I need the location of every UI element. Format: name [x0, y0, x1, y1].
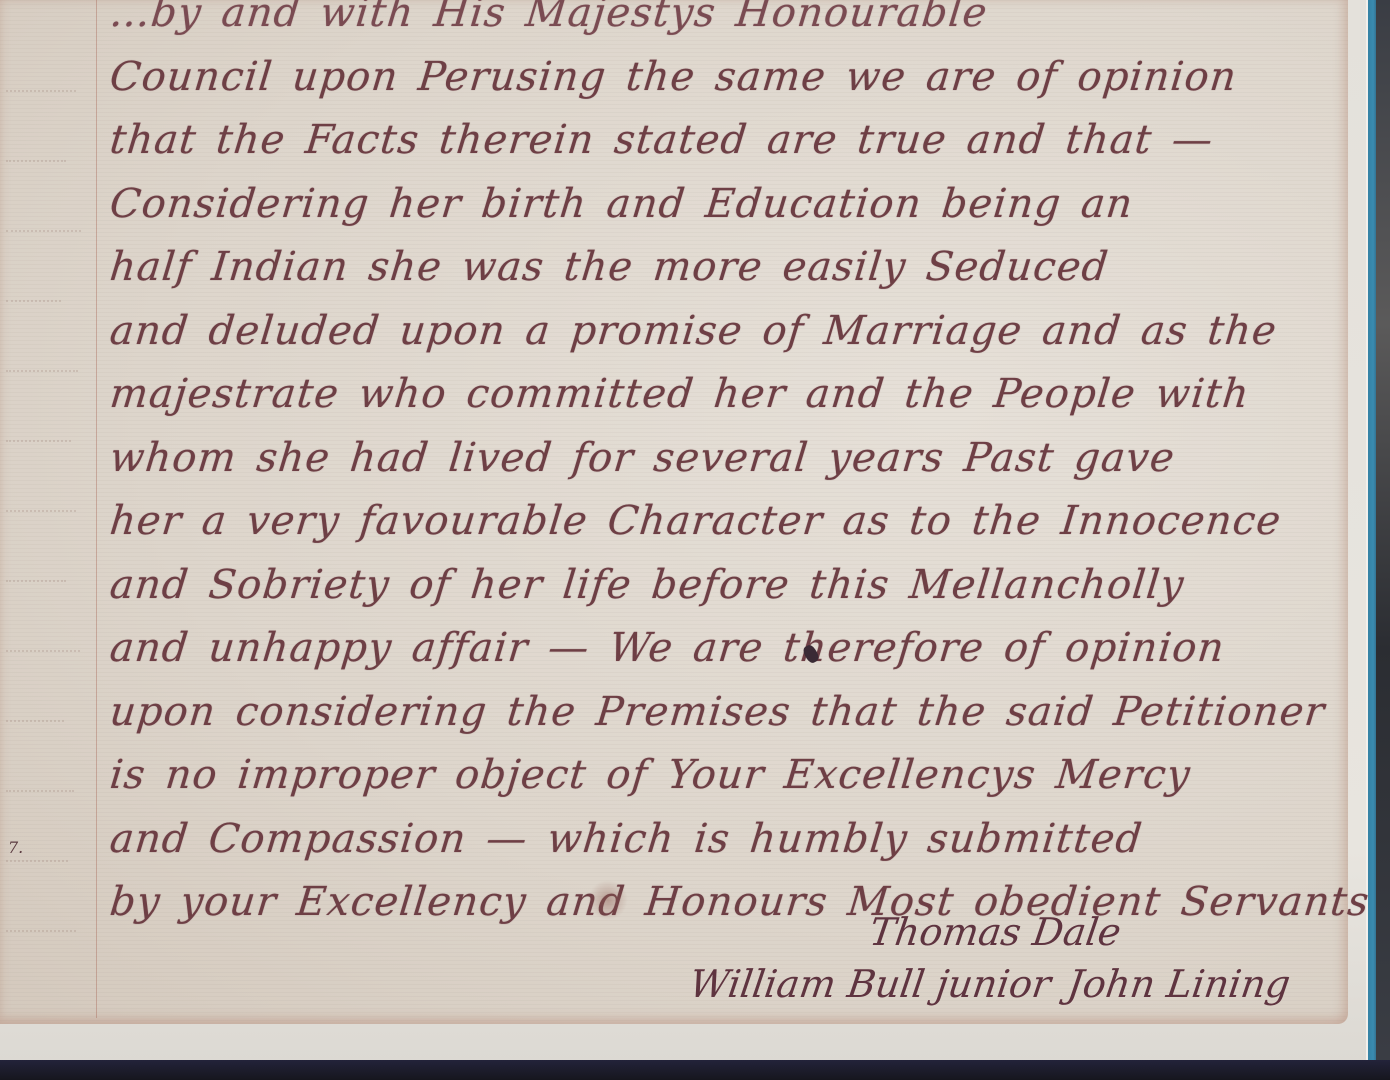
signature-block: Thomas Dale William Bull junior John Lin… — [690, 906, 1330, 1010]
bleed-line — [6, 860, 68, 874]
text-line: …by and with His Majestys Honourable — [107, 0, 1344, 46]
bleed-line — [6, 650, 80, 664]
text-line: upon considering the Premises that the s… — [107, 681, 1344, 745]
bleed-line — [6, 300, 61, 314]
signature-john-lining: John Lining — [1065, 958, 1294, 1010]
text-line: that the Facts therein stated are true a… — [107, 109, 1344, 173]
bleed-line — [6, 160, 66, 174]
text-line: and Sobriety of her life before this Mel… — [107, 554, 1344, 618]
manuscript-page: 7. …by and with His Majestys Honourable … — [0, 0, 1348, 1024]
bleed-line — [6, 930, 76, 944]
bleed-line — [6, 580, 66, 594]
text-line: and unhappy affair — We are therefore of… — [107, 617, 1344, 681]
background-shadow — [1376, 0, 1390, 1080]
bleed-line — [6, 370, 78, 384]
text-line: and deluded upon a promise of Marriage a… — [107, 300, 1344, 364]
bleed-line — [6, 440, 71, 454]
text-line: whom she had lived for several years Pas… — [107, 427, 1344, 491]
signature-william-bull: William Bull junior — [686, 958, 1054, 1010]
text-line: is no improper object of Your Excellency… — [107, 744, 1344, 808]
table-edge — [0, 1060, 1390, 1080]
text-line: majestrate who committed her and the Peo… — [107, 363, 1344, 427]
text-line: her a very favourable Character as to th… — [107, 490, 1344, 554]
text-line: Considering her birth and Education bein… — [107, 173, 1344, 237]
bleed-line — [6, 90, 76, 104]
text-line: Council upon Perusing the same we are of… — [107, 46, 1344, 110]
bleed-line — [6, 230, 81, 244]
manuscript-text: …by and with His Majestys Honourable Cou… — [110, 0, 1340, 935]
margin-rule — [96, 0, 97, 1018]
paper-stain — [588, 880, 628, 920]
bleed-line — [6, 720, 64, 734]
text-line: half Indian she was the more easily Sedu… — [107, 236, 1344, 300]
bleed-line — [6, 790, 74, 804]
signature-row: William Bull junior John Lining — [690, 958, 1330, 1010]
text-line: and Compassion — which is humbly submitt… — [107, 808, 1344, 872]
document-photo: 7. …by and with His Majestys Honourable … — [0, 0, 1390, 1080]
margin-note: 7. — [8, 838, 23, 857]
bleed-line — [6, 510, 76, 524]
signature-thomas-dale: Thomas Dale — [866, 906, 1333, 958]
